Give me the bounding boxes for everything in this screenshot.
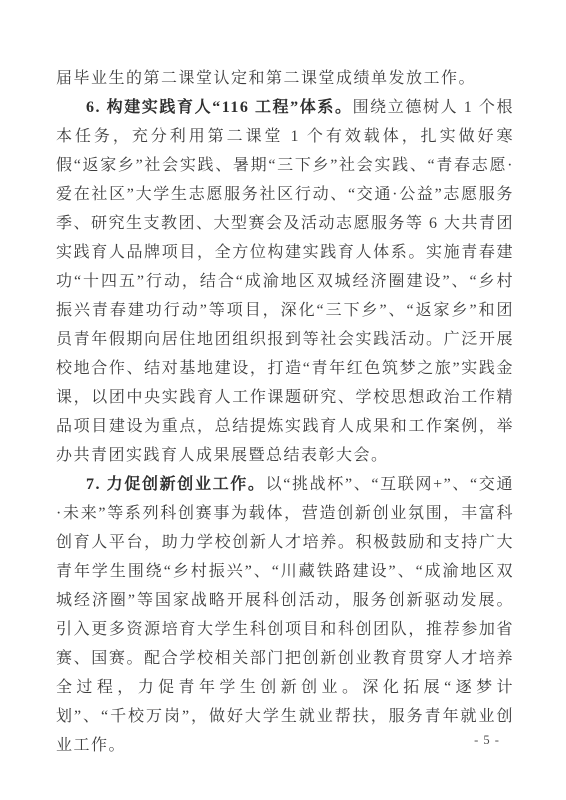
page-number: - 5 - [455, 733, 519, 748]
paragraph-continuation: 届毕业生的第二课堂认定和第二课堂成绩单发放工作。 [56, 64, 514, 93]
section-7-heading: 7. 力促创新创业工作。 [86, 476, 266, 493]
section-6-heading: 6. 构建实践育人“116 工程”体系。 [86, 99, 353, 116]
document-page: 届毕业生的第二课堂认定和第二课堂成绩单发放工作。 6. 构建实践育人“116 工… [0, 0, 566, 800]
paragraph-section-6: 6. 构建实践育人“116 工程”体系。围绕立德树人 1 个根本任务，充分利用第… [56, 93, 514, 470]
paragraph-section-7: 7. 力促创新创业工作。以“挑战杯”、“互联网+”、“交通·未来”等系列科创赛事… [56, 470, 514, 760]
document-text-block: 届毕业生的第二课堂认定和第二课堂成绩单发放工作。 6. 构建实践育人“116 工… [56, 64, 514, 760]
section-7-body: 以“挑战杯”、“互联网+”、“交通·未来”等系列科创赛事为载体，营造创新创业氛围… [56, 476, 514, 754]
section-6-body: 围绕立德树人 1 个根本任务，充分利用第二课堂 1 个有效载体，扎实做好寒假“返… [56, 99, 514, 464]
